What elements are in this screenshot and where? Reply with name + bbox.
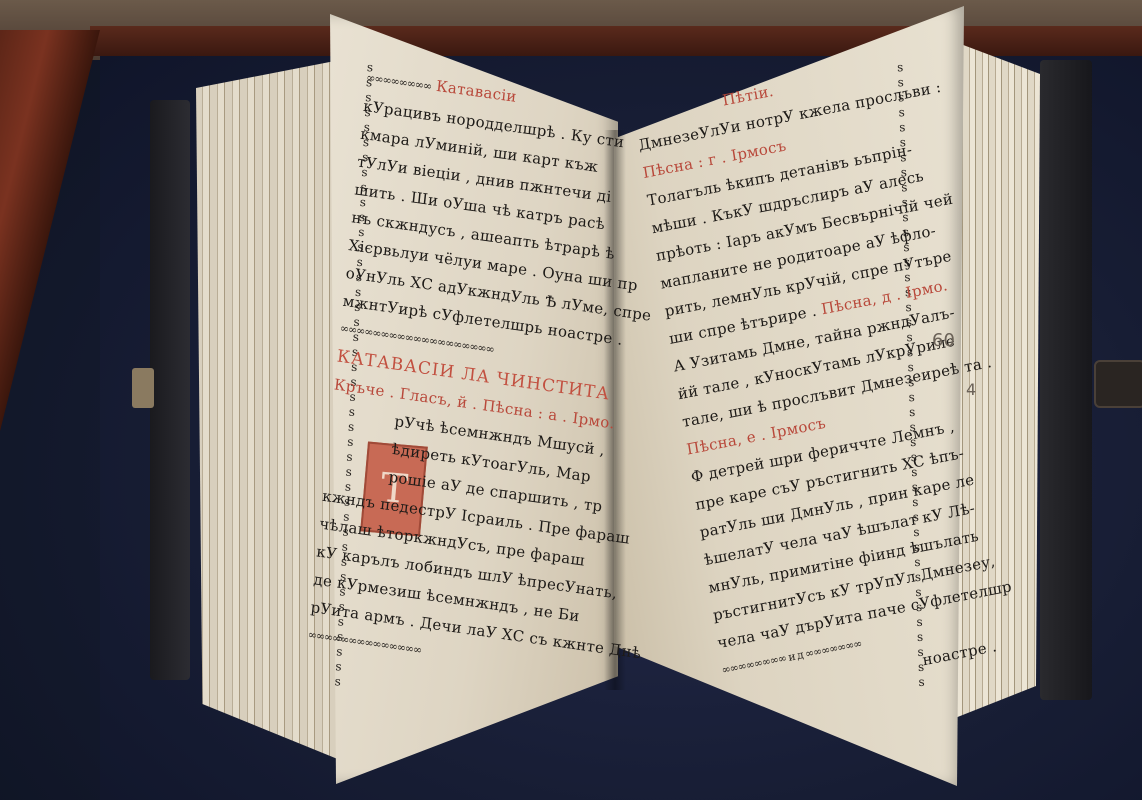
- clasp-pin-icon: [132, 368, 154, 408]
- header-ornament: ∞∞∞∞∞∞∞∞: [366, 71, 432, 93]
- display-case-frame-left: [0, 30, 100, 450]
- photo-scene: ѕѕѕѕѕѕѕѕѕѕѕѕѕѕѕѕѕѕѕѕѕѕѕѕѕѕѕѕѕѕѕѕѕѕѕѕѕѕѕѕ…: [0, 0, 1142, 800]
- pencil-page-number: 60: [932, 330, 955, 351]
- display-case-frame-top: [90, 26, 1142, 56]
- book-cover-right: [1040, 60, 1092, 700]
- book-cover-left: [150, 100, 190, 680]
- clasp-icon: [1094, 360, 1142, 408]
- header-rubric: Катавасіи: [435, 77, 517, 106]
- page-stack-left: [180, 60, 340, 760]
- pencil-mark: 4: [966, 380, 976, 399]
